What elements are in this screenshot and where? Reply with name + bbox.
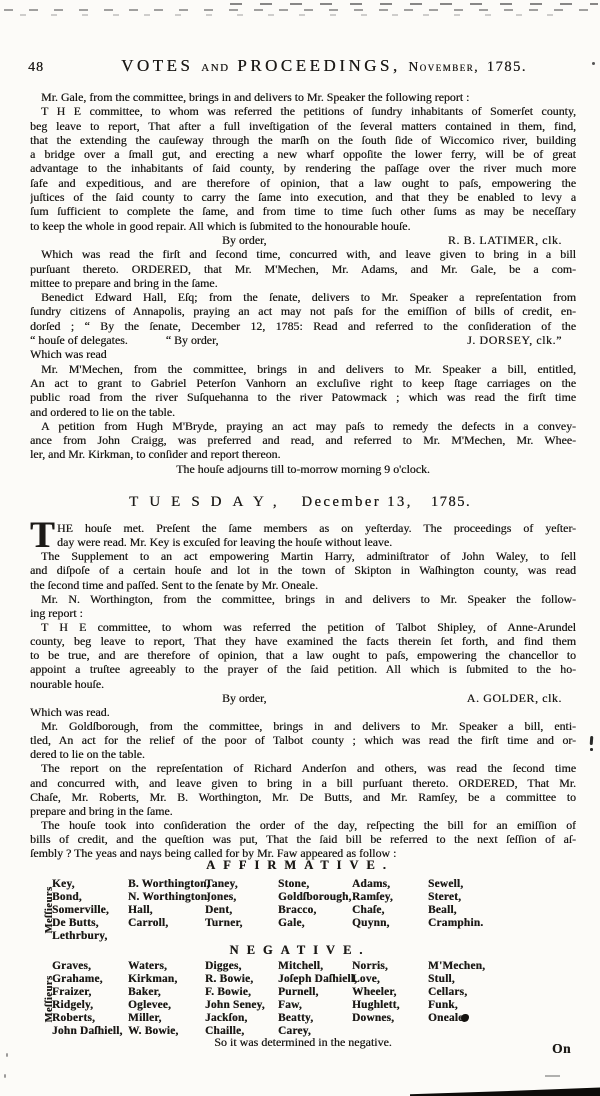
voter-name: R. Bowie, — [205, 973, 278, 986]
voter-name: John Seney, — [205, 999, 278, 1012]
voter-name: F. Bowie, — [205, 986, 278, 999]
session-date-heading: TUESDAY, December 13, 1785. — [0, 493, 600, 511]
text-line: bills of credit, and the queſtion was pu… — [30, 832, 576, 846]
paragraph: Mr. Gale, from the committee, brings in … — [30, 90, 576, 104]
negative-vote-list: MeſſieursGraves,Grahame,Fraizer,Ridgely,… — [52, 960, 592, 1037]
voter-name: Goldſborough, — [278, 891, 352, 904]
voter-name: Ramſey, — [352, 891, 428, 904]
text-line: day were read. Mr. Key is excuſed for le… — [57, 535, 576, 549]
text-line: Mr. N. Worthington, from the committee, … — [30, 592, 576, 606]
vote-column: Stone,Goldſborough,Bracco,Gale, — [278, 878, 352, 943]
by-order-label: By order, — [222, 233, 266, 247]
drop-cap: T — [30, 521, 55, 550]
voter-name: Cramphin. — [428, 917, 483, 930]
quoted-endorsement: “ houſe of delegates. — [30, 333, 128, 347]
by-order-label: “ By order, — [166, 333, 219, 347]
vote-column: Sewell,Steret,Beall,Cramphin. — [428, 878, 483, 943]
text-line: Which was read. — [30, 705, 576, 719]
ink-mark — [590, 736, 593, 745]
scan-edge-artifact — [230, 3, 598, 5]
text-line: ance from John Craigg, was preferred and… — [30, 433, 576, 447]
attestation-line: By order,A. GOLDER, clk. — [30, 691, 576, 705]
vote-column: Key,Bond,Somerville,De Butts,Lethrbury, — [52, 878, 128, 943]
paragraph: T H E committee, to whom was referred th… — [30, 620, 576, 691]
page-title: VOTES AND PROCEEDINGS, November, 1785. — [74, 56, 574, 76]
voter-name: Fraizer, — [52, 986, 128, 999]
text-line: ſundry citizens of Annapolis, praying an… — [30, 304, 576, 318]
text-line: dorſed ; “ By the ſenate, December 12, 1… — [30, 319, 576, 333]
vote-column: Norris,Love,Wheeler,Hughlett,Downes, — [352, 960, 428, 1037]
voter-name: Taney, — [205, 878, 278, 891]
voter-name: Dent, — [205, 904, 278, 917]
text-line: An act to grant to Gabriel Peterſon Vanh… — [30, 376, 576, 390]
voter-name: Key, — [52, 878, 128, 891]
text-line: dered to lie on the table. — [30, 747, 576, 761]
vote-column: Mitchell,Joſeph Daſhiell,Purnell,Faw,Bea… — [278, 960, 352, 1037]
voter-name: N. Worthington, — [128, 891, 205, 904]
voter-name: De Butts, — [52, 917, 128, 930]
text-line: Which was read — [30, 347, 576, 361]
text-line: ing report : — [30, 606, 576, 620]
voter-name: Chaſe, — [352, 904, 428, 917]
voter-name: Steret, — [428, 891, 483, 904]
ink-speck — [6, 1053, 8, 1057]
voter-name: Hughlett, — [352, 999, 428, 1012]
text-line: and ordered to lie on the table. — [30, 405, 576, 419]
voter-name: Love, — [352, 973, 428, 986]
voter-name: Roberts, — [52, 1012, 128, 1025]
ink-mark — [590, 748, 593, 751]
text-line: nourable houſe. — [30, 677, 576, 691]
voter-name: Norris, — [352, 960, 428, 973]
ink-speck — [592, 62, 595, 65]
adjournment-line: The houſe adjourns till to-morrow mornin… — [30, 462, 576, 476]
ink-speck — [545, 1075, 560, 1077]
vote-column: B. Worthington,N. Worthington,Hall,Carro… — [128, 878, 205, 943]
voter-name: Waters, — [128, 960, 205, 973]
text-line: that the extending the cauſeway through … — [30, 133, 576, 147]
vote-column: Waters,Kirkman,Baker,Oglevee,Miller,W. B… — [128, 960, 205, 1037]
text-line: Chaſe, Mr. Roberts, Mr. B. Worthington, … — [30, 790, 576, 804]
text-line: county, beg leave to report, That they h… — [30, 634, 576, 648]
voter-name: Lethrbury, — [52, 930, 128, 943]
text-line: HE houſe met. Preſent the ſame members a… — [57, 521, 576, 535]
title-and: AND — [201, 62, 229, 74]
text-line: mittee to prepare and bring in the ſame. — [30, 276, 576, 290]
text-line: ſafe and expeditious, and are therefore … — [30, 176, 576, 190]
voter-name: Downes, — [352, 1012, 428, 1025]
voter-name: Hall, — [128, 904, 205, 917]
text-line: Mr. M'Mechen, from the committee, brings… — [30, 362, 576, 376]
vote-column: Digges,R. Bowie,F. Bowie,John Seney,Jack… — [205, 960, 278, 1037]
page-header: 48 VOTES AND PROCEEDINGS, November, 1785… — [28, 56, 574, 76]
voter-name: Ridgely, — [52, 999, 128, 1012]
text-line: T H E committee, to whom was referred th… — [30, 620, 576, 634]
voter-name: Somerville, — [52, 904, 128, 917]
paragraph: Which was read the firſt and ſecond time… — [30, 247, 576, 290]
text-line: purſuant thereto. ORDERED, that Mr. M'Me… — [30, 262, 576, 276]
session-day: TUESDAY, — [129, 494, 287, 510]
catchword: On — [552, 1041, 571, 1057]
voter-name: Quynn, — [352, 917, 428, 930]
text-line: Mr. Goldſborough, from the committee, br… — [30, 719, 576, 733]
text-line: beg leave to report, That after a full i… — [30, 119, 576, 133]
paragraph: Which was read — [30, 347, 576, 361]
paragraph: The report on the repreſentation of Rich… — [30, 761, 576, 818]
voter-name: B. Worthington, — [128, 878, 205, 891]
voter-name: Wheeler, — [352, 986, 428, 999]
vote-result-line: So it was determined in the negative. — [30, 1035, 576, 1050]
proceedings-december-12: Mr. Gale, from the committee, brings in … — [30, 90, 576, 476]
attestation-line: By order,R. B. LATIMER, clk. — [30, 233, 576, 247]
scan-edge-artifact — [20, 14, 560, 16]
text-line: A petition from Hugh M'Bryde, praying an… — [30, 419, 576, 433]
voter-name: Oneale — [428, 1012, 485, 1025]
paragraph: THE houſe met. Preſent the ſame members … — [30, 521, 576, 549]
voter-name: Cellars, — [428, 986, 485, 999]
scan-corner-artifact — [410, 1087, 600, 1096]
paragraph: Mr. Goldſborough, from the committee, br… — [30, 719, 576, 761]
affirmative-vote-list: MeſſieursKey,Bond,Somerville,De Butts,Le… — [52, 878, 592, 943]
voter-name: Bond, — [52, 891, 128, 904]
voter-name: Stull, — [428, 973, 485, 986]
text-line: to keep the whole in good repair. All wh… — [30, 219, 576, 233]
text-line: to be true, and are therefore of opinion… — [30, 648, 576, 662]
page-number: 48 — [28, 60, 74, 76]
voter-name: Mitchell, — [278, 960, 352, 973]
vote-column: Graves,Grahame,Fraizer,Ridgely,Roberts,J… — [52, 960, 128, 1037]
paragraph: Benedict Edward Hall, Eſq; from the ſena… — [30, 290, 576, 333]
scanned-document-page: 48 VOTES AND PROCEEDINGS, November, 1785… — [0, 0, 600, 1096]
title-proceedings: PROCEEDINGS, — [237, 56, 400, 75]
voter-name: Joſeph Daſhiell, — [278, 973, 352, 986]
attestation-line: “ houſe of delegates.“ By order,J. DORSE… — [30, 333, 576, 347]
voter-name: Turner, — [205, 917, 278, 930]
voter-name: Faw, — [278, 999, 352, 1012]
session-year: 1785. — [431, 494, 471, 510]
paragraph: A petition from Hugh M'Bryde, praying an… — [30, 419, 576, 462]
paragraph: Mr. N. Worthington, from the committee, … — [30, 592, 576, 620]
voter-name: Jones, — [205, 891, 278, 904]
text-line: a bridge over a ſmall gut, and erecting … — [30, 147, 576, 161]
voter-name: Gale, — [278, 917, 352, 930]
paragraph: The houſe took into conſideration the or… — [30, 818, 576, 860]
text-line: and diſpoſe of a certain houſe and lot i… — [30, 563, 576, 577]
proceedings-december-13: THE houſe met. Preſent the ſame members … — [30, 521, 576, 860]
affirmative-heading: AFFIRMATIVE. — [0, 858, 600, 873]
session-date: December 13, — [301, 494, 412, 510]
voter-name: Beall, — [428, 904, 483, 917]
title-month: November, — [408, 59, 479, 74]
text-line: advantage to the inhabitants of ſaid cou… — [30, 161, 576, 175]
voter-name: Graves, — [52, 960, 128, 973]
text-line: tled, An act for the relief of the poor … — [30, 733, 576, 747]
voter-name: Funk, — [428, 999, 485, 1012]
paragraph: Mr. M'Mechen, from the committee, brings… — [30, 362, 576, 419]
text-line: Which was read the firſt and ſecond time… — [30, 247, 576, 261]
text-line: The Supplement to an act empowering Mart… — [30, 549, 576, 563]
text-line: The report on the repreſentation of Rich… — [30, 761, 576, 775]
text-line: prepare and bring in the ſame. — [30, 804, 576, 818]
voter-name: Jackſon, — [205, 1012, 278, 1025]
messieurs-label: Meſſieurs — [44, 887, 55, 934]
voter-name: Adams, — [352, 878, 428, 891]
voter-name: Stone, — [278, 878, 352, 891]
voter-name: Kirkman, — [128, 973, 205, 986]
text-line: public road from the river Suſquehanna t… — [30, 390, 576, 404]
voter-name: Beatty, — [278, 1012, 352, 1025]
title-votes: VOTES — [121, 56, 193, 75]
text-line: appoint a truſtee agreeably to the praye… — [30, 662, 576, 676]
text-line: juſtices of the ſaid county to carry the… — [30, 190, 576, 204]
messieurs-label: Meſſieurs — [44, 975, 55, 1022]
scan-edge-artifact — [4, 9, 596, 11]
text-line: T H E committee, to whom was referred th… — [30, 104, 576, 118]
voter-name: Carroll, — [128, 917, 205, 930]
vote-column: Adams,Ramſey,Chaſe,Quynn, — [352, 878, 428, 943]
clerk-signature: A. GOLDER, clk. — [467, 691, 576, 705]
paragraph: T H E committee, to whom was referred th… — [30, 104, 576, 233]
text-line: ſum ſufficient to complete the ſame, and… — [30, 204, 576, 218]
voter-name: Sewell, — [428, 878, 483, 891]
vote-column: Taney,Jones,Dent,Turner, — [205, 878, 278, 943]
paragraph: The Supplement to an act empowering Mart… — [30, 549, 576, 591]
ink-speck — [4, 1074, 6, 1078]
voter-name: Miller, — [128, 1012, 205, 1025]
voter-name: Baker, — [128, 986, 205, 999]
text-line: the ſecond time and paſſed. Sent to the … — [30, 578, 576, 592]
clerk-signature: R. B. LATIMER, clk. — [448, 233, 576, 247]
negative-heading: NEGATIVE. — [0, 943, 600, 958]
voter-name: Bracco, — [278, 904, 352, 917]
text-line: ler, and Mr. Kirkman, to conſider and re… — [30, 447, 576, 461]
text-line: The houſe took into conſideration the or… — [30, 818, 576, 832]
voter-name: Digges, — [205, 960, 278, 973]
text-line: and concurred with, and leave given to b… — [30, 776, 576, 790]
vote-column: M'Mechen,Stull,Cellars,Funk,Oneale — [428, 960, 485, 1037]
text-line: Mr. Gale, from the committee, brings in … — [30, 90, 576, 104]
voter-name: M'Mechen, — [428, 960, 485, 973]
text-line: Benedict Edward Hall, Eſq; from the ſena… — [30, 290, 576, 304]
clerk-signature: J. DORSEY, clk.” — [467, 333, 576, 347]
by-order-label: By order, — [222, 691, 266, 705]
voter-name: Grahame, — [52, 973, 128, 986]
voter-name: Purnell, — [278, 986, 352, 999]
voter-name: Oglevee, — [128, 999, 205, 1012]
paragraph: Which was read. — [30, 705, 576, 719]
title-year: 1785. — [487, 59, 527, 75]
